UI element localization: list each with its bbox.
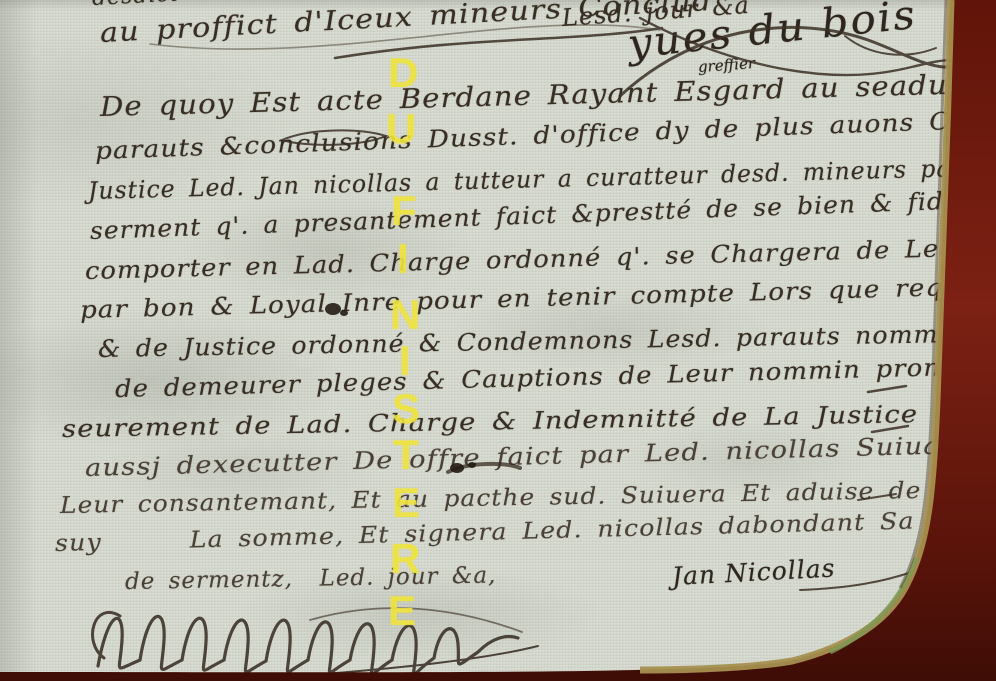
ink-blots — [325, 303, 476, 473]
photo-overlay — [0, 0, 996, 681]
flourish-signature — [93, 608, 538, 676]
binding-edge — [0, 0, 996, 681]
ink-flourishes — [150, 18, 988, 590]
manuscript-photo: desdict au proffict d'Iceux mineurs Conc… — [0, 0, 996, 681]
